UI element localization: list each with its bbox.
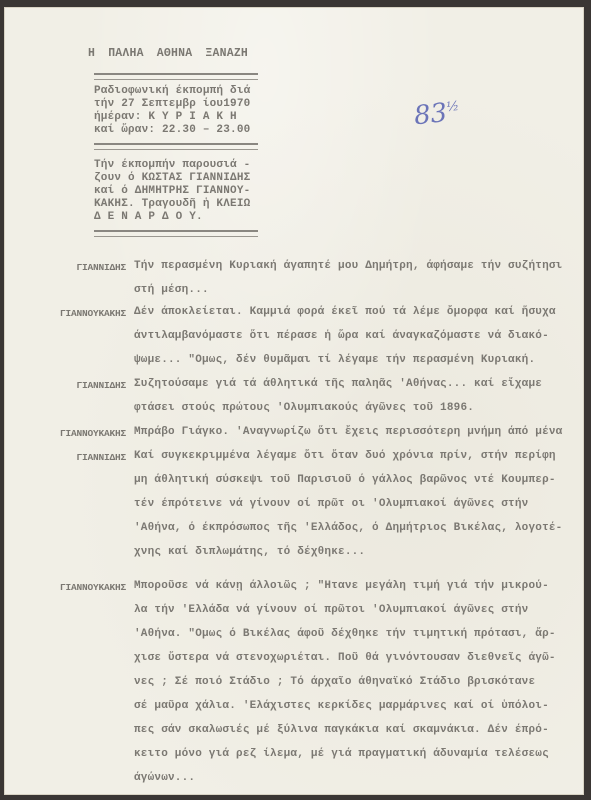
dialogue-line: Μποροῦσε νά κάνῃ άλλοιῶς ; "Ητανε μεγάλη…: [134, 580, 549, 592]
handwritten-page-number: 83½: [413, 97, 462, 132]
dialogue-line: άγώνων...: [134, 772, 195, 784]
handwritten-number: 83: [413, 98, 449, 131]
document-title: Η ΠΑΛΗΑ ΑΘΗΝΑ ΞΑΝΑΖΗ: [88, 47, 248, 60]
handwritten-superscript: ½: [446, 99, 460, 115]
broadcast-info-line: ήμέραν: Κ Υ Ρ Ι Α Κ Η: [94, 111, 250, 124]
document-page: Η ΠΑΛΗΑ ΑΘΗΝΑ ΞΑΝΑΖΗ Ραδιοφωνική έκπομπή…: [4, 7, 584, 795]
dialogue-line: τέν έπρότεινε νά γίνουν οί πρῶτ οι 'Ολυμ…: [134, 498, 528, 510]
dialogue-line: 'Αθήνα. "Ομως ό Βικέλας άφοῦ δέχθηκε τήν…: [134, 628, 556, 640]
dialogue-line: σέ μαῦρα χάλια. 'Ελάχιστες κερκίδες μαρμ…: [134, 700, 549, 712]
dialogue-line: Καί συγκεκριμμένα λέγαμε ὅτι ὅταν δυό χρ…: [134, 450, 556, 462]
dialogue-line: Τήν περασμένη Κυριακή άγαπητέ μου Δημήτρ…: [134, 260, 562, 272]
broadcast-info-line: Ραδιοφωνική έκπομπή διά: [94, 85, 250, 98]
dialogue-line: Μπράβο Γιάγκο. 'Αναγνωρίζω ὅτι ἔχεις περ…: [134, 426, 562, 438]
speaker-label: ΓΙΑΝΝΟΥΚΑΚΗΣ: [60, 428, 126, 439]
dialogue-line: φτάσει στούς πρώτους 'Ολυμπιακούς άγῶνες…: [134, 402, 474, 414]
speaker-label: ΓΙΑΝΝΙΔΗΣ: [76, 452, 126, 463]
presenters-info: Τήν έκπομπήν παρουσιά - ζουν ό ΚΩΣΤΑΣ ΓΙ…: [94, 159, 250, 224]
broadcast-info: Ραδιοφωνική έκπομπή διά τήν 27 Σεπτεμβρ …: [94, 85, 250, 137]
header-divider-middle: [94, 143, 258, 150]
dialogue-line: 'Αθήνα, ό έκπρόσωπος τῆς 'Ελλάδος, ό Δημ…: [134, 522, 562, 534]
speaker-label: ΓΙΑΝΝΙΔΗΣ: [76, 380, 126, 391]
presenters-line: Δ Ε Ν Α Ρ Δ Ο Υ.: [94, 211, 250, 224]
speaker-label: ΓΙΑΝΝΟΥΚΑΚΗΣ: [60, 582, 126, 593]
broadcast-info-line: καί ὥραν: 22.30 – 23.00: [94, 124, 250, 137]
dialogue-line: χισε ὕστερα νά στενοχωριέται. Ποῦ θά γιν…: [134, 652, 556, 664]
dialogue-line: πες σάν σκαλωσιές μέ ξύλινα παγκάκια καί…: [134, 724, 549, 736]
dialogue-line: άντιλαμβανόμαστε ὅτι πέρασε ἡ ὥρα καί άν…: [134, 330, 549, 342]
dialogue-line: Δέν άποκλείεται. Καμμιά φορά έκεῖ πού τά…: [134, 306, 556, 318]
speaker-label: ΓΙΑΝΝΙΔΗΣ: [76, 262, 126, 273]
dialogue-line: νες ; Σέ ποιό Στάδιο ; Τό άρχαῖο άθηναϊκ…: [134, 676, 535, 688]
dialogue-line: Συζητούσαμε γιά τά άθλητικά τῆς παληᾶς '…: [134, 378, 542, 390]
presenters-line: καί ό ΔΗΜΗΤΡΗΣ ΓΙΑΝΝΟΥ-: [94, 185, 250, 198]
dialogue-line: μη άθλητική σύσκεψι τοῦ Παρισιοῦ ό γάλλο…: [134, 474, 556, 486]
dialogue-line: στή μέση...: [134, 284, 209, 296]
presenters-line: ζουν ό ΚΩΣΤΑΣ ΓΙΑΝΝΙΔΗΣ: [94, 172, 250, 185]
header-divider-bottom: [94, 230, 258, 237]
presenters-line: Τήν έκπομπήν παρουσιά -: [94, 159, 250, 172]
dialogue-line: κειτο μόνο γιά ρεζ ίλεμα, μέ γιά πραγματ…: [134, 748, 549, 760]
dialogue-line: λα τήν 'Ελλάδα νά γίνουν οί πρῶτοι 'Ολυμ…: [134, 604, 528, 616]
header-divider-top: [94, 73, 258, 80]
presenters-line: ΚΑΚΗΣ. Τραγουδῆ ἡ ΚΛΕΙΩ: [94, 198, 250, 211]
speaker-label: ΓΙΑΝΝΟΥΚΑΚΗΣ: [60, 308, 126, 319]
dialogue-line: χνης καί διπλωμάτης, τό δέχθηκε...: [134, 546, 365, 558]
broadcast-info-line: τήν 27 Σεπτεμβρ ίου1970: [94, 98, 250, 111]
dialogue-line: ψωμε... "Ομως, δέν θυμᾶμαι τί λέγαμε τήν…: [134, 354, 535, 366]
